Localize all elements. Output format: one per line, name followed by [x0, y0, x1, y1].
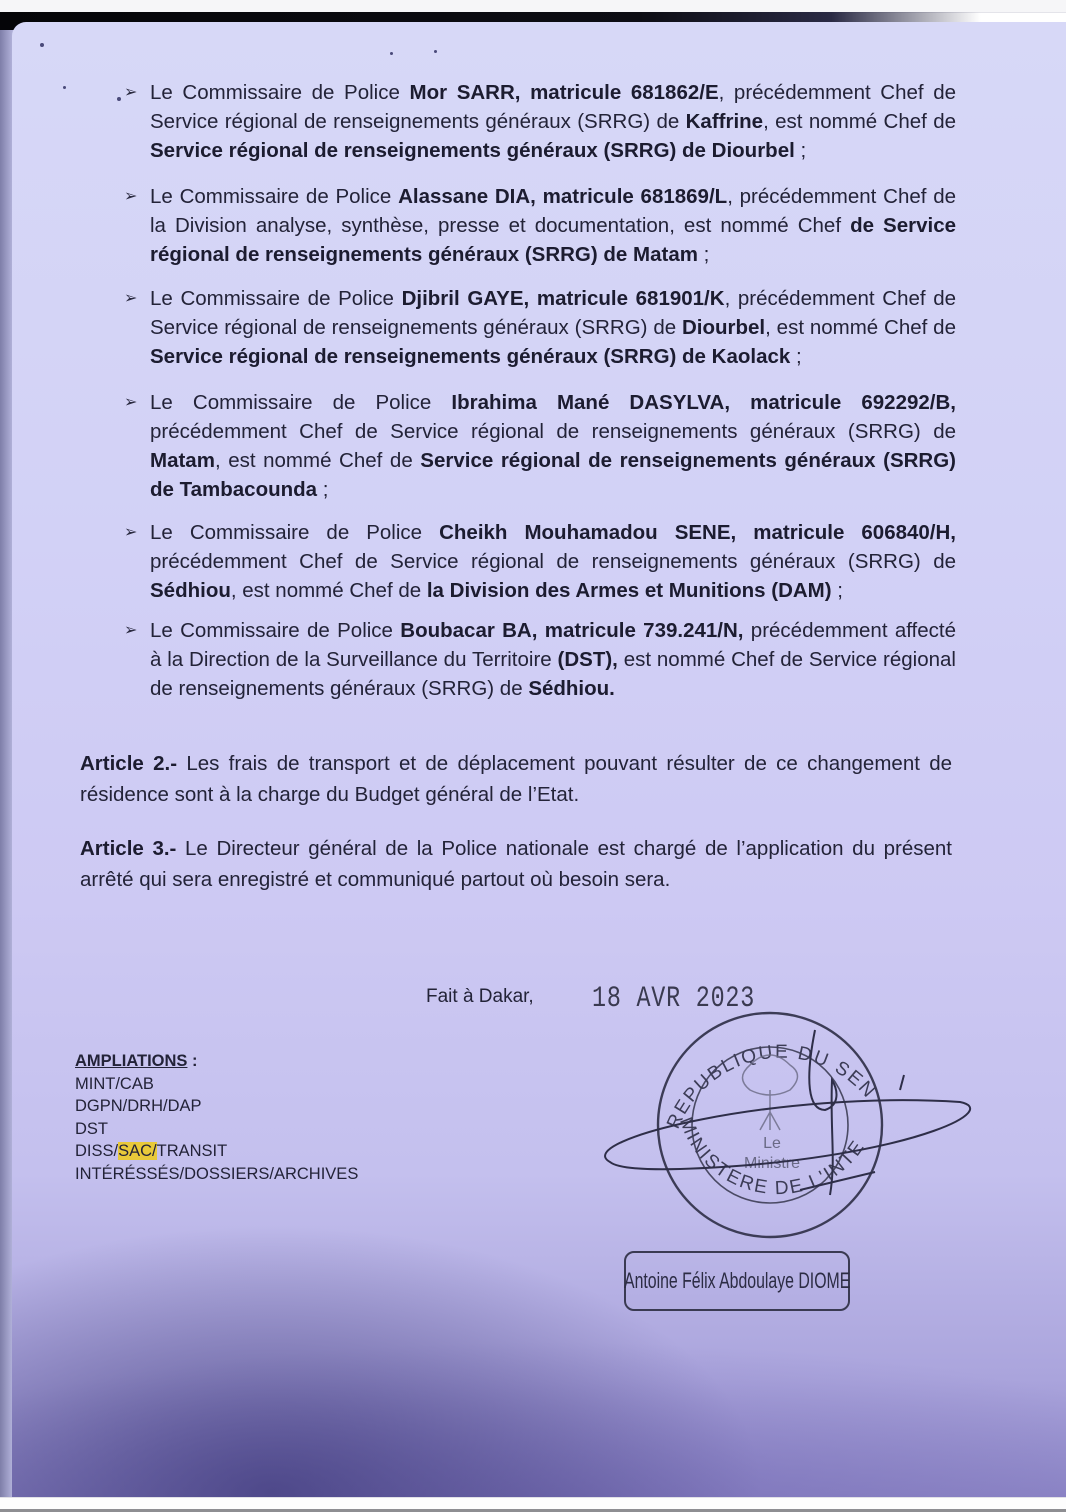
arrow-bullet-icon: ➢	[124, 616, 144, 645]
appointment-text: Le Commissaire de Police Djibril GAYE, m…	[128, 284, 956, 371]
decree-document: ➢Le Commissaire de Police Mor SARR, matr…	[0, 0, 1066, 1512]
article-text: Le Directeur général de la Police nation…	[80, 837, 952, 891]
arrow-bullet-icon: ➢	[124, 78, 144, 107]
appointment-item: ➢Le Commissaire de Police Cheikh Mouhama…	[128, 518, 956, 605]
article-label: Article 3.-	[80, 837, 176, 860]
ampliation-line: DGPN/DRH/DAP	[75, 1095, 358, 1118]
appointment-text: Le Commissaire de Police Alassane DIA, m…	[128, 182, 956, 269]
arrow-bullet-icon: ➢	[124, 518, 144, 547]
place-line: Fait à Dakar,	[426, 986, 534, 1008]
ampliation-line: INTÉRÉSSÉS/DOSSIERS/ARCHIVES	[75, 1163, 358, 1186]
ampliations-title: AMPLIATIONS :	[75, 1050, 358, 1073]
appointment-item: ➢Le Commissaire de Police Alassane DIA, …	[128, 182, 956, 269]
appointment-text: Le Commissaire de Police Mor SARR, matri…	[128, 78, 956, 165]
appointment-item: ➢Le Commissaire de Police Ibrahima Mané …	[128, 388, 956, 504]
arrow-bullet-icon: ➢	[124, 284, 144, 313]
appointment-item: ➢Le Commissaire de Police Mor SARR, matr…	[128, 78, 956, 165]
ampliation-line: MINT/CAB	[75, 1073, 358, 1096]
highlighted-text: SAC/	[118, 1142, 157, 1160]
appointment-item: ➢Le Commissaire de Police Djibril GAYE, …	[128, 284, 956, 371]
article-label: Article 2.-	[80, 752, 177, 775]
ampliation-line: DISS/SAC/TRANSIT	[75, 1140, 358, 1163]
appointment-item: ➢Le Commissaire de Police Boubacar BA, m…	[128, 616, 956, 703]
article-text: Les frais de transport et de déplacement…	[80, 752, 952, 806]
ampliation-line: DST	[75, 1118, 358, 1141]
article-3: Article 3.- Le Directeur général de la P…	[80, 833, 952, 895]
signatory-name-stamp: Antoine Félix Abdoulaye DIOME	[624, 1251, 850, 1311]
appointment-text: Le Commissaire de Police Boubacar BA, ma…	[128, 616, 956, 703]
signatory-name: Antoine Félix Abdoulaye DIOME	[624, 1268, 850, 1294]
arrow-bullet-icon: ➢	[124, 388, 144, 417]
appointment-text: Le Commissaire de Police Ibrahima Mané D…	[128, 388, 956, 504]
arrow-bullet-icon: ➢	[124, 182, 144, 211]
appointment-text: Le Commissaire de Police Cheikh Mouhamad…	[128, 518, 956, 605]
seal-center-line-1: Le	[763, 1135, 781, 1152]
official-seal-icon: REPUBLIQUE DU SENEGAL MINISTERE DE L'INT…	[600, 1000, 980, 1240]
ampliations-block: AMPLIATIONS : MINT/CAB DGPN/DRH/DAP DST …	[75, 1050, 358, 1185]
article-2: Article 2.- Les frais de transport et de…	[80, 748, 952, 810]
